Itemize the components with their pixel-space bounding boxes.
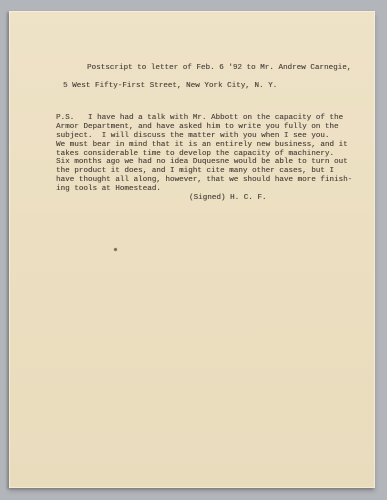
body-line: subject. I will discuss the matter with … <box>56 132 352 141</box>
ink-speck <box>114 248 117 251</box>
heading-line-1: Postscript to letter of Feb. 6 '92 to Mr… <box>87 63 351 81</box>
letter-heading: Postscript to letter of Feb. 6 '92 to Mr… <box>63 63 351 99</box>
signature-line: (Signed) H. C. F. <box>189 194 352 203</box>
photo-background: Postscript to letter of Feb. 6 '92 to Mr… <box>0 0 387 500</box>
body-line: P.S. I have had a talk with Mr. Abbott o… <box>56 114 352 123</box>
letter-body: P.S. I have had a talk with Mr. Abbott o… <box>56 114 352 203</box>
body-line: We must bear in mind that it is an entir… <box>56 141 352 150</box>
body-line: ing tools at Homestead. <box>56 185 352 194</box>
body-line: Armor Department, and have asked him to … <box>56 123 352 132</box>
body-line: the product it does, and I might cite ma… <box>56 167 352 176</box>
body-line: takes considerable time to develop the c… <box>56 150 352 159</box>
heading-line-2: 5 West Fifty-First Street, New York City… <box>63 81 351 99</box>
body-line: have thought all along, however, that we… <box>56 176 352 185</box>
letter-page: Postscript to letter of Feb. 6 '92 to Mr… <box>9 11 375 488</box>
body-line: Six months ago we had no idea Duquesne w… <box>56 158 352 167</box>
